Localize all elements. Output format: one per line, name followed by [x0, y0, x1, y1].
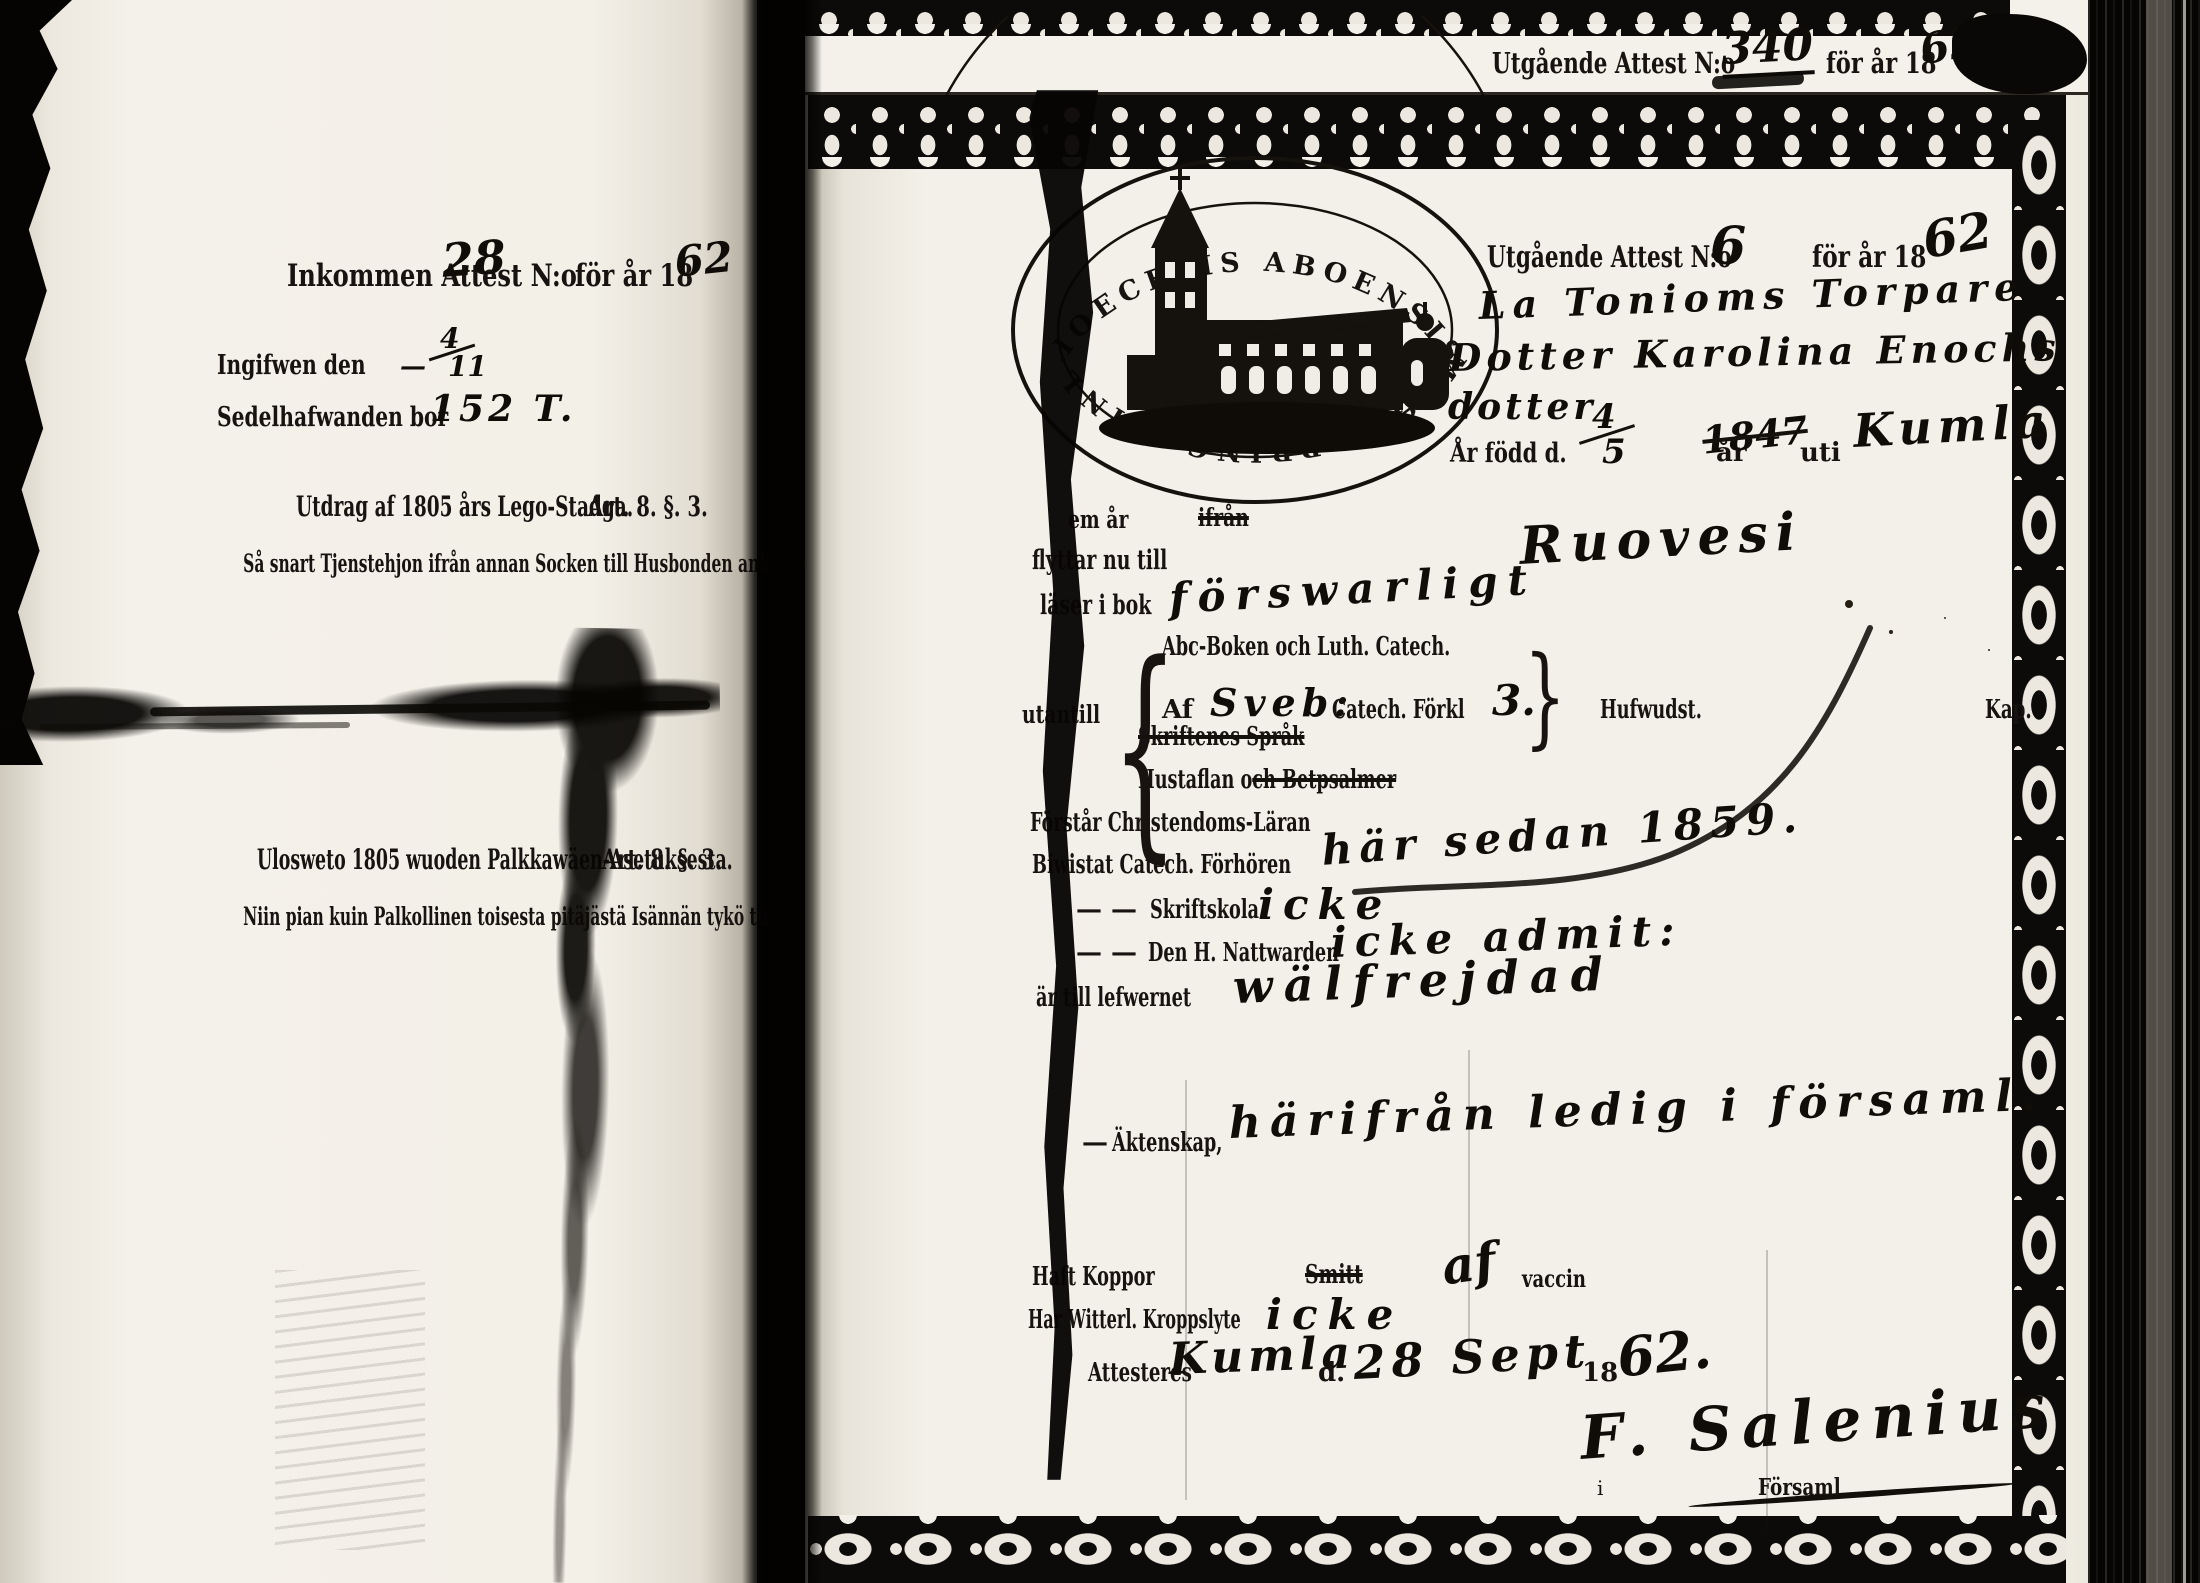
row-em-ar-label: em år — [1068, 505, 1128, 534]
swedish-paragraph: Så snart Tjenstehjon ifrån annan Socken … — [165, 545, 760, 583]
scanned-document: Inkommen Attest N:o 28 för år 18 62 Ingi… — [0, 0, 2200, 1583]
born-month: 5 — [1602, 436, 1636, 468]
swedish-heading: Utdrag af 1805 års Lego-Stadga. — [296, 490, 633, 523]
left-header-number: 28 — [440, 230, 508, 288]
footer-forsaml-label: Församl — [1758, 1474, 1841, 1501]
row-skriftenes-struck: Skriftenes Språk — [1138, 722, 1304, 752]
row-af-label4: Kap. — [1985, 695, 2032, 725]
left-header-label: Inkommen Attest N:o — [287, 258, 577, 294]
ingifwen-date-fraction: 4 11 — [428, 326, 487, 381]
ingifwen-dash: — — [400, 352, 426, 382]
faint-streaks — [275, 1270, 425, 1550]
row-skriftskola-label: Skriftskola — [1150, 895, 1259, 925]
previous-seal-arc: ESISABO — [935, 16, 1495, 95]
left-header-year: 62 — [672, 232, 735, 287]
footer-i-label: i — [1597, 1476, 1603, 1500]
paper-fold-line — [1185, 1080, 1187, 1500]
attest-year-label: 18 — [1582, 1358, 1618, 1388]
row-forstar-label: Förstår Christendoms-Läran — [1030, 808, 1311, 838]
swedish-heading-article: Art. 8. §. 3. — [588, 490, 708, 523]
ink-specks — [1845, 600, 1853, 608]
right-header-label: Utgående Attest N:o — [1487, 240, 1732, 275]
ornamental-border-bottom — [808, 1516, 2066, 1583]
subject-line-3: dotter — [1448, 386, 1596, 428]
ingifwen-month: 11 — [448, 354, 487, 381]
book-gutter-shadow — [742, 0, 822, 1583]
paper-fold-line — [1766, 1250, 1768, 1530]
right-header-year: 62 — [1918, 200, 1997, 270]
paper-fold-line — [1468, 1050, 1470, 1350]
attest-year: 62. — [1614, 1316, 1714, 1389]
scan-edge-highlight — [2183, 0, 2186, 1583]
hustaflan-text: Hustaflan o — [1138, 765, 1252, 795]
row-koppor-label2: vaccin — [1522, 1264, 1586, 1293]
overlay-header-number: 340 — [1720, 19, 1815, 79]
row-koppor-label: Haft Koppor — [1032, 1262, 1155, 1292]
row-ifran-struck: ifrån — [1198, 503, 1249, 532]
attest-d-label: d. — [1318, 1358, 1345, 1388]
row-nattwarden-dash: — — — [1076, 938, 1137, 968]
row-skriftskola-dash: — — — [1076, 895, 1137, 925]
paragraph-line: Så snart Tjenstehjon ifrån annan Socken … — [165, 545, 832, 583]
sedelhafwanden-value: 152 T. — [430, 388, 576, 430]
right-header-number: 6 — [1710, 216, 1746, 277]
row-koppor-struck: Smitt — [1305, 1260, 1363, 1290]
paragraph-line: Niin pian kuin Palkollinen toisesta pitä… — [165, 898, 831, 936]
row-aktenskap-dash: — — [1082, 1128, 1108, 1158]
row-aktenskap-label: Äktenskap, — [1112, 1128, 1222, 1158]
handwritten-flourish — [1340, 620, 1900, 920]
born-place: Kumla — [1852, 394, 2053, 458]
born-uti-label: uti — [1800, 438, 1841, 468]
vertical-ink-stain — [497, 627, 684, 1583]
row-biwistat-label: Biwistat Catech. Förhören — [1032, 850, 1291, 880]
sedelhafwanden-label: Sedelhafwanden bor — [217, 402, 448, 433]
row-af-label: Af — [1162, 695, 1193, 725]
overlay-header-label: Utgående Attest N:o — [1492, 46, 1735, 80]
ingifwen-label: Ingifwen den — [217, 350, 366, 381]
scan-edge-gray-strip — [2146, 0, 2172, 1583]
born-date-fraction: 4 5 — [1578, 402, 1636, 468]
born-label: År född d. — [1450, 438, 1567, 469]
